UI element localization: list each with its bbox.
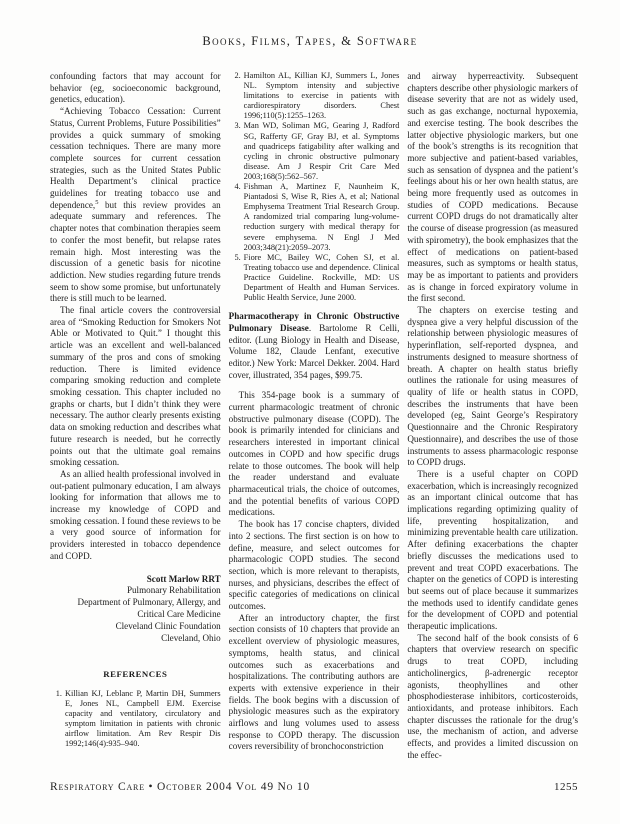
column-1: confounding factors that may account for… <box>50 71 221 773</box>
signature-line: Critical Care Medicine <box>50 609 221 621</box>
paragraph: There is a useful chapter on COPD exacer… <box>407 469 578 633</box>
reference-list: 1. Killian KJ, Leblanc P, Martin DH, Sum… <box>50 689 221 750</box>
reference-number: 4. <box>229 182 244 253</box>
reference-text: Man WD, Soliman MG, Gearing J, Radford S… <box>244 121 400 182</box>
signature-line: Cleveland, Ohio <box>50 633 221 645</box>
signature-name: Scott Marlow RRT <box>50 574 221 586</box>
running-head: Books, Films, Tapes, & Software <box>0 0 620 49</box>
paragraph: “Achieving Tobacco Cessation: Current St… <box>50 106 221 305</box>
reference-number: 3. <box>229 121 244 182</box>
reference-item: 4. Fishman A, Martinez F, Naunheim K, Pi… <box>229 182 400 253</box>
reference-list: 2. Hamilton AL, Killian KJ, Summers L, J… <box>229 71 400 303</box>
reference-item: 5. Fiore MC, Bailey WC, Cohen SJ, et al.… <box>229 253 400 303</box>
content-columns: confounding factors that may account for… <box>50 71 578 773</box>
reference-item: 3. Man WD, Soliman MG, Gearing J, Radfor… <box>229 121 400 182</box>
paragraph: This 354-page book is a summary of curre… <box>229 390 400 519</box>
paragraph: and airway hyperreactivity. Subsequent c… <box>407 71 578 305</box>
paragraph: As an allied health professional involve… <box>50 469 221 563</box>
reference-item: 1. Killian KJ, Leblanc P, Martin DH, Sum… <box>50 689 221 750</box>
reference-item: 2. Hamilton AL, Killian KJ, Summers L, J… <box>229 71 400 121</box>
column-2: 2. Hamilton AL, Killian KJ, Summers L, J… <box>229 71 400 773</box>
paragraph: The chapters on exercise testing and dys… <box>407 305 578 469</box>
signature-line: Pulmonary Rehabilitation <box>50 585 221 597</box>
footer-page-number: 1255 <box>554 781 578 793</box>
paragraph-text: “Achieving Tobacco Cessation: Current St… <box>50 106 221 210</box>
references-heading: REFERENCES <box>50 669 221 681</box>
reference-text: Fiore MC, Bailey WC, Cohen SJ, et al. Tr… <box>244 253 400 303</box>
book-citation: Pharmacotherapy in Chronic Obstructive P… <box>229 311 400 381</box>
signature-line: Department of Pulmonary, Allergy, and <box>50 597 221 609</box>
paragraph: The final article covers the controversi… <box>50 305 221 469</box>
column-3: and airway hyperreactivity. Subsequent c… <box>407 71 578 773</box>
footer-journal-info: Respiratory Care • October 2004 Vol 49 N… <box>50 781 310 793</box>
page-footer: Respiratory Care • October 2004 Vol 49 N… <box>50 781 578 793</box>
paragraph-text: but this review provides an adequate sum… <box>50 200 221 304</box>
reference-text: Fishman A, Martinez F, Naunheim K, Piant… <box>244 182 400 253</box>
paragraph: After an introductory chapter, the first… <box>229 613 400 753</box>
journal-page: Books, Films, Tapes, & Software confound… <box>0 0 620 824</box>
reference-text: Hamilton AL, Killian KJ, Summers L, Jone… <box>244 71 400 121</box>
paragraph: The second half of the book consists of … <box>407 633 578 762</box>
signature-line: Cleveland Clinic Foundation <box>50 621 221 633</box>
signature-block: Scott Marlow RRT Pulmonary Rehabilitatio… <box>50 574 221 645</box>
paragraph: confounding factors that may account for… <box>50 71 221 106</box>
reference-number: 2. <box>229 71 244 121</box>
paragraph: The book has 17 concise chapters, divide… <box>229 519 400 613</box>
reference-number: 5. <box>229 253 244 303</box>
reference-text: Killian KJ, Leblanc P, Martin DH, Summer… <box>65 689 221 750</box>
reference-number: 1. <box>50 689 65 750</box>
